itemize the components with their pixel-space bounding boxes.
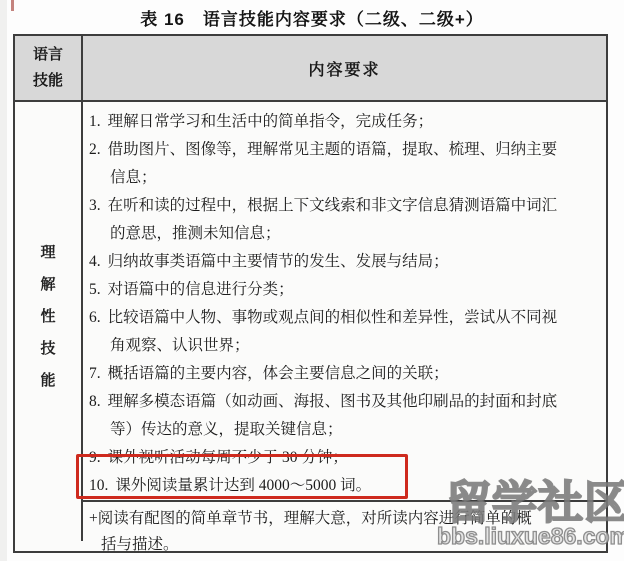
header-skill-line2: 技能 xyxy=(33,68,63,94)
list-item: 4.归纳故事类语篇中主要情节的发生、发展与结局； xyxy=(89,248,598,276)
table-caption: 表 16 语言技能内容要求（二级、二级+） xyxy=(0,5,624,30)
header-cell-skill: 语言 技能 xyxy=(15,36,83,100)
content-list: 1.理解日常学习和生活中的简单指令，完成任务；2.借助图片、图像等，理解常见主题… xyxy=(83,102,606,500)
watermark-text: 留学社区 xyxy=(437,482,624,524)
language-skills-table: 语言 技能 内容要求 理解性技能 1.理解日常学习和生活中的简单指令，完成任务；… xyxy=(13,34,608,553)
watermark-url: bbs.liuxue86.com xyxy=(437,524,624,549)
table-header-row: 语言 技能 内容要求 xyxy=(15,36,606,102)
skill-label-char: 技 xyxy=(40,333,55,365)
list-item: 8.理解多模态语篇（如动画、海报、图书及其他印刷品的封面和封底等）传达的意义，提… xyxy=(89,388,598,444)
list-item: 1.理解日常学习和生活中的简单指令，完成任务； xyxy=(89,108,598,136)
list-item: 3.在听和读的过程中，根据上下文线索和非文字信息猜测语篇中词汇的意思，推测未知信… xyxy=(89,192,598,248)
list-item: 5.对语篇中的信息进行分类； xyxy=(89,276,598,304)
header-skill-line1: 语言 xyxy=(33,42,63,68)
list-item: 7.概括语篇的主要内容，体会主要信息之间的关联； xyxy=(89,360,598,388)
skill-label-char: 理 xyxy=(40,237,55,269)
list-item: 2.借助图片、图像等，理解常见主题的语篇，提取、梳理、归纳主要信息； xyxy=(89,136,598,192)
skill-label-char: 性 xyxy=(40,301,55,333)
skill-label-char: 解 xyxy=(40,269,55,301)
skill-label: 理解性技能 xyxy=(15,92,83,541)
skill-label-char: 能 xyxy=(40,365,55,397)
list-item: 9.课外视听活动每周不少于 30 分钟； xyxy=(89,444,598,472)
list-item: 6.比较语篇中人物、事物或观点间的相似性和差异性，尝试从不同视角观察、认识世界； xyxy=(89,304,598,360)
watermark: 留学社区 bbs.liuxue86.com xyxy=(437,482,624,549)
header-cell-content: 内容要求 xyxy=(83,36,606,100)
document-page: 表 16 语言技能内容要求（二级、二级+） 语言 技能 内容要求 理解性技能 1… xyxy=(0,0,624,561)
page-edge-strip xyxy=(0,0,7,561)
